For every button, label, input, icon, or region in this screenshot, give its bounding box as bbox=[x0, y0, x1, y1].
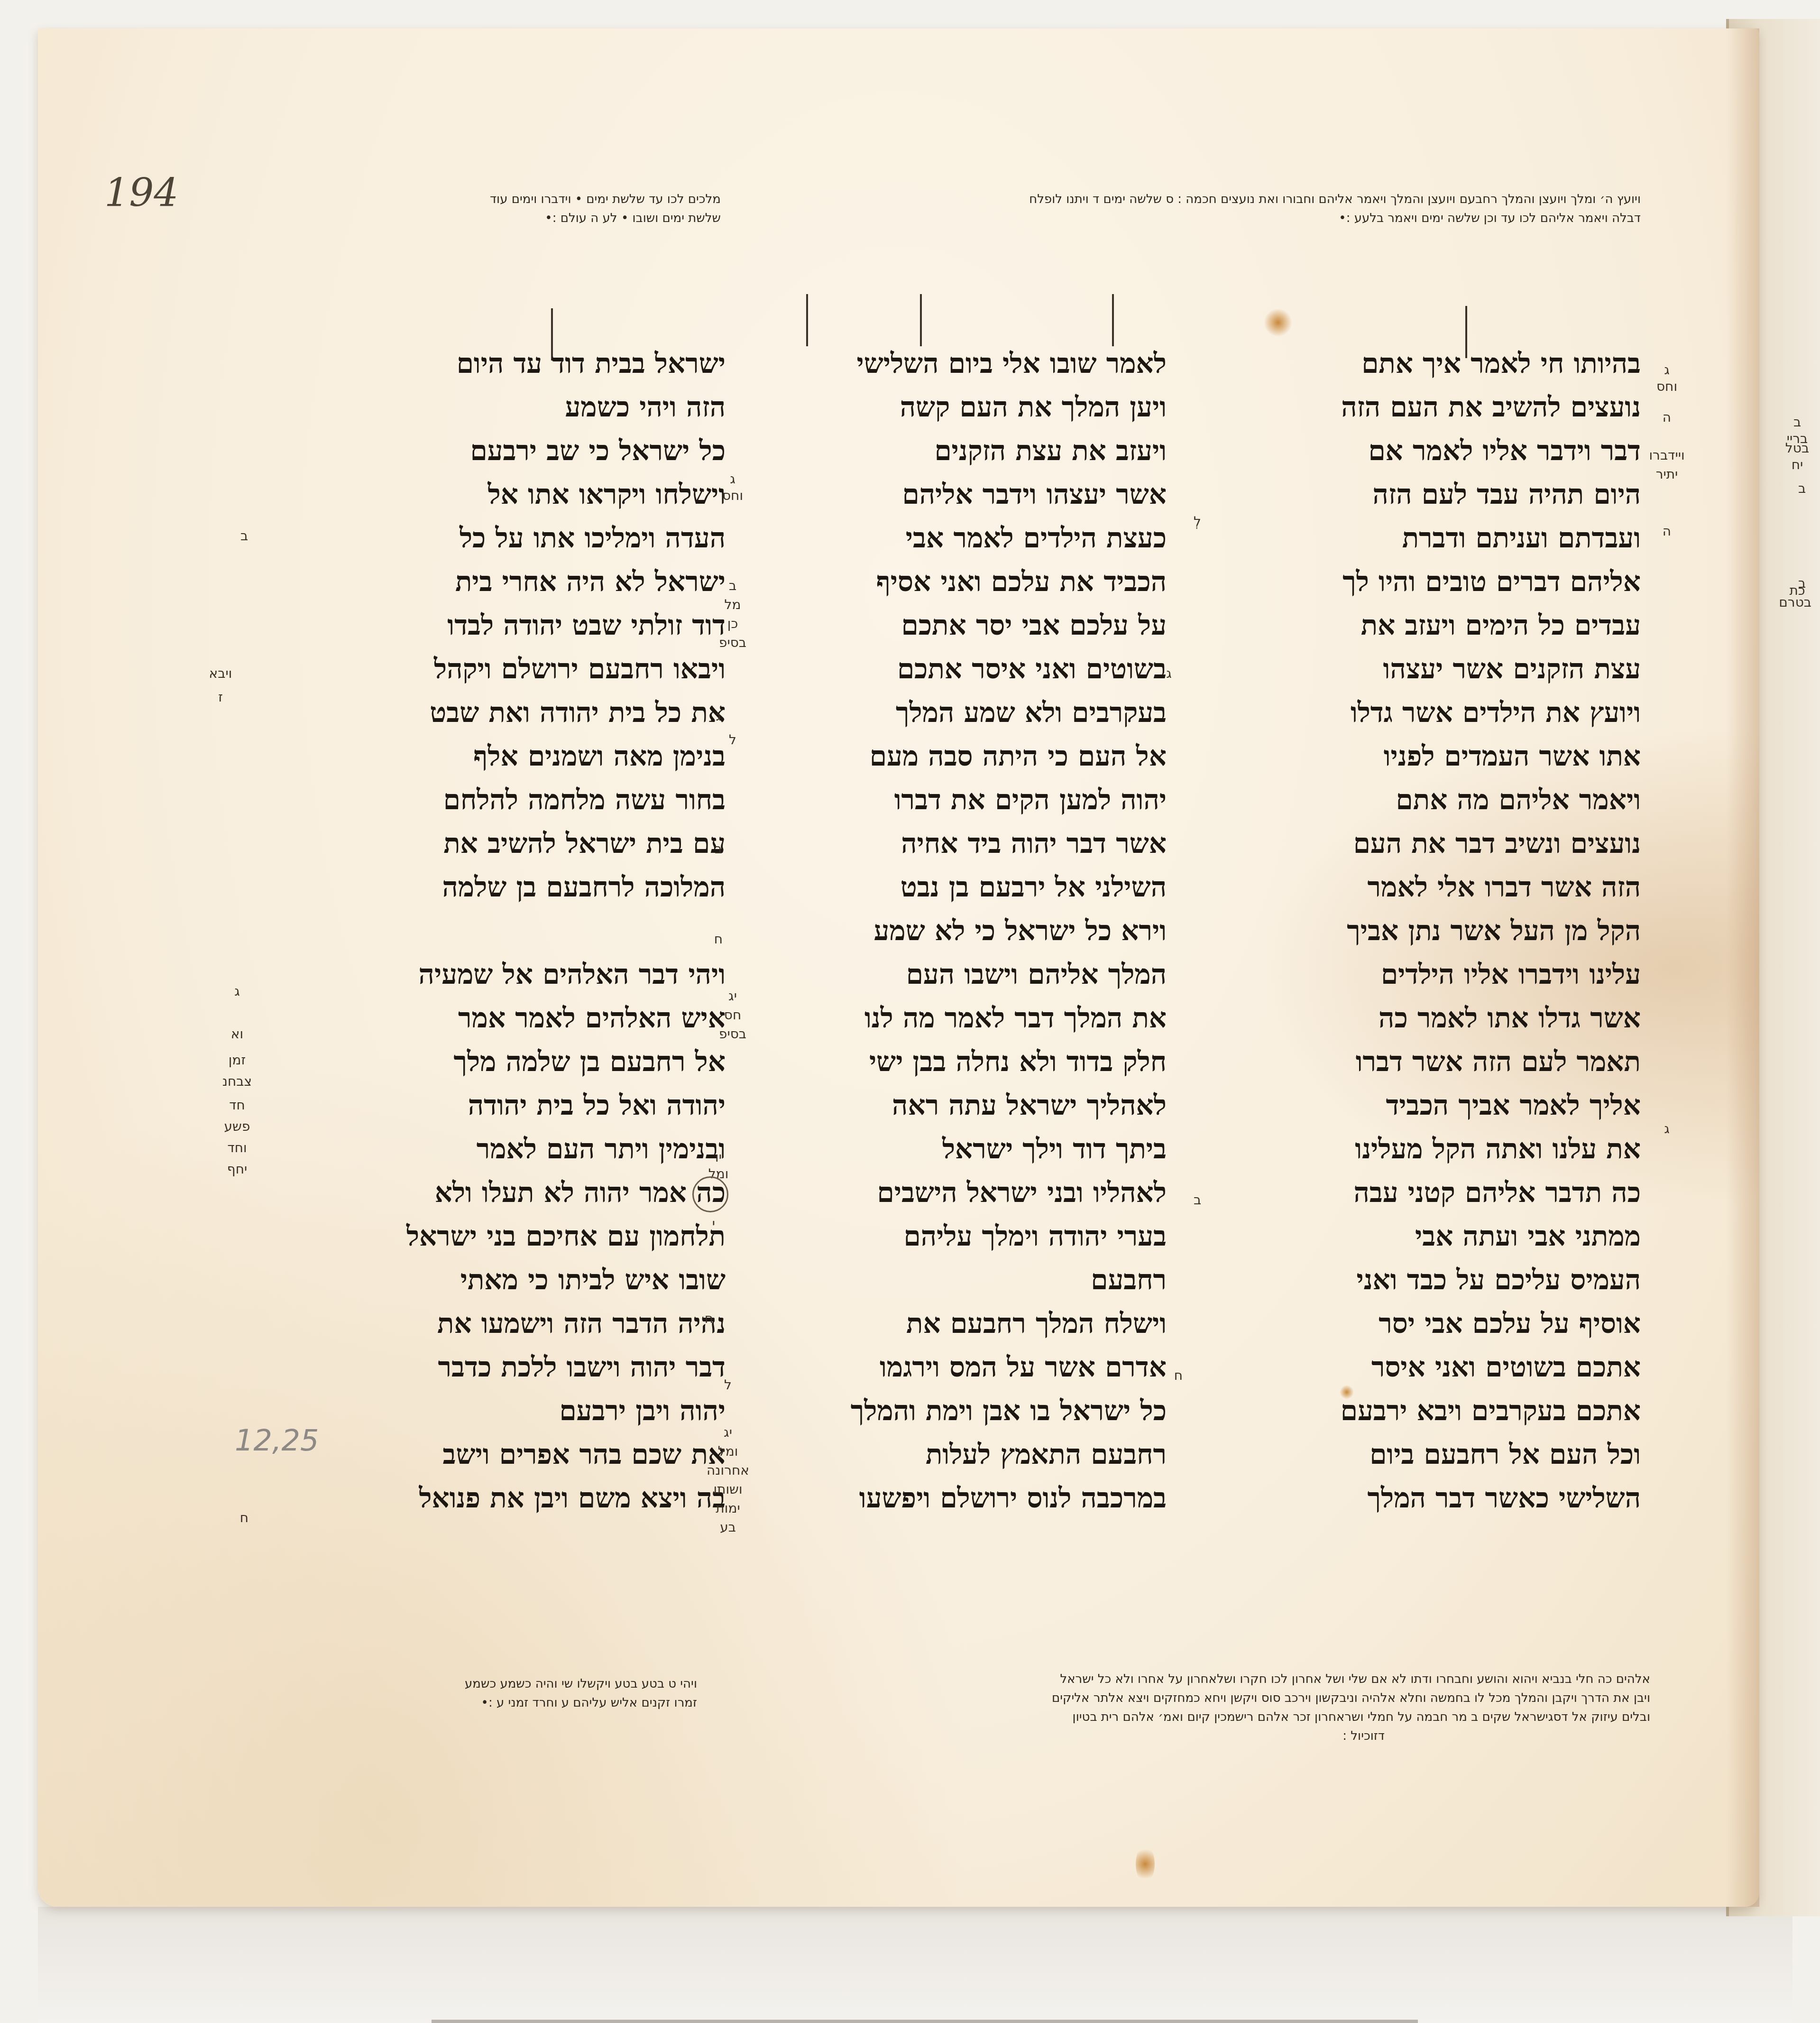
margin-note: יג bbox=[711, 987, 754, 1006]
text-line: אשר דבר יהוה ביד אחיה bbox=[778, 822, 1167, 865]
text-line: בעקרבים ולא שמע המלך bbox=[778, 691, 1167, 734]
text-line: ממתני אבי ועתה אבי bbox=[1242, 1214, 1641, 1258]
text-line: דבר יהוה וישבו ללכת כדבר bbox=[313, 1345, 726, 1389]
margin-note: יתיר bbox=[1645, 465, 1688, 484]
text-line: העמיס עליכם על כבד ואני bbox=[1242, 1258, 1641, 1302]
text-line: חלק בדוד ולא נחלה בבן ישי bbox=[778, 1040, 1167, 1083]
pencil-verse-reference: 12,25 bbox=[235, 1423, 319, 1458]
text-line: אתכם בעקרבים ויבא ירבעם bbox=[1242, 1389, 1641, 1432]
text-line: כה תדבר אליהם קטני עבה bbox=[1242, 1171, 1641, 1214]
margin-note: זמן bbox=[216, 1051, 258, 1070]
text-line: נהיה הדבר הזה וישמעו את bbox=[313, 1302, 726, 1345]
text-line: תאמר לעם הזה אשר דברו bbox=[1242, 1040, 1641, 1083]
margin-note: יו bbox=[697, 1148, 740, 1167]
masorah-line: ויבן את הדרך ויקבן והמלך מכל לו בחמשה וח… bbox=[759, 1689, 1650, 1708]
text-line: את שכם בהר אפרים וישב bbox=[313, 1432, 726, 1476]
ink-stain bbox=[1264, 308, 1292, 337]
text-line: ישראל לא היה אחרי בית bbox=[313, 560, 726, 603]
text-line: ויאמר אליהם מה אתם bbox=[1242, 778, 1641, 822]
text-line: אל רחבעם בן שלמה מלך bbox=[313, 1040, 726, 1083]
margin-note: ה bbox=[1645, 522, 1688, 541]
margin-note: ג bbox=[697, 707, 740, 726]
margin-note: מל bbox=[711, 595, 754, 614]
margin-note: ח bbox=[688, 1309, 730, 1328]
text-line: אדרם אשר על המס וירגמו bbox=[778, 1345, 1167, 1389]
text-line: אתו אשר העמדים לפניו bbox=[1242, 734, 1641, 778]
margin-note: ג bbox=[216, 982, 258, 1001]
text-line: בה ויצא משם ויבן את פנואל bbox=[313, 1476, 726, 1520]
margin-note: ב bbox=[1176, 1191, 1219, 1210]
margin-note: חס bbox=[711, 1006, 754, 1025]
margin-note: בטל bbox=[1783, 439, 1811, 458]
text-line: עלינו וידברו אליו הילדים bbox=[1242, 952, 1641, 996]
text-line: בשוטים ואני איסר אתכם bbox=[778, 647, 1167, 691]
text-line: הזה אשר דברו אלי לאמר bbox=[1242, 865, 1641, 909]
text-line: אשר יעצהו וידבר אליהם bbox=[778, 472, 1167, 516]
masorah-line: דזוכיול : bbox=[759, 1727, 1650, 1746]
margin-note: ויבא bbox=[199, 664, 242, 683]
margin-note: ב bbox=[223, 527, 266, 545]
text-line: אתכם בשוטים ואני איסר bbox=[1242, 1345, 1641, 1389]
margin-note: ג bbox=[1148, 664, 1190, 683]
margin-note: ח bbox=[1157, 1366, 1200, 1385]
margin-note: כן bbox=[711, 614, 754, 633]
text-column-left: ישראל בבית דוד עד היום הזה ויהי כשמע כל … bbox=[313, 342, 726, 1520]
margin-note: חד bbox=[216, 1096, 258, 1115]
text-line: את המלך דבר לאמר מה לנו bbox=[778, 996, 1167, 1040]
margin-note: י bbox=[692, 1214, 735, 1233]
margin-note: לְ bbox=[1176, 512, 1219, 531]
margin-note: צבחנ bbox=[216, 1072, 258, 1091]
text-line: את כל בית יהודה ואת שבט bbox=[313, 691, 726, 734]
margin-note: ושותו bbox=[707, 1480, 749, 1499]
text-line: ויעזב את עצת הזקנים bbox=[778, 429, 1167, 472]
margin-note: וחס bbox=[711, 486, 754, 505]
text-line: הכביד את עלכם ואני אסיף bbox=[778, 560, 1167, 603]
text-line: רחבעם bbox=[778, 1258, 1167, 1302]
margin-note: ג bbox=[1645, 1119, 1688, 1138]
text-line: אשר גדלו אתו לאמר כה bbox=[1242, 996, 1641, 1040]
masorah-line: מלכים לכו עד שלשת ימים • וידברו וימים עו… bbox=[313, 190, 721, 209]
text-line: ישראל בבית דוד עד היום bbox=[313, 342, 726, 385]
folio-number: 194 bbox=[104, 171, 179, 216]
text-line: ויהי דבר האלהים אל שמעיה bbox=[313, 952, 726, 996]
text-line: לאמר שובו אלי ביום השלישי bbox=[778, 342, 1167, 385]
text-line: תלחמון עם אחיכם בני ישראל bbox=[313, 1214, 726, 1258]
margin-note: וא bbox=[216, 1025, 258, 1044]
text-line: את עלנו ואתה הקל מעלינו bbox=[1242, 1127, 1641, 1171]
text-line: הזה ויהי כשמע bbox=[313, 385, 726, 429]
text-line: היום תהיה עבד לעם הזה bbox=[1242, 472, 1641, 516]
text-line: אליך לאמר אביך הכביד bbox=[1242, 1083, 1641, 1127]
margin-note: בטרם bbox=[1783, 593, 1811, 612]
margin-note: ל bbox=[707, 1376, 749, 1395]
text-line: ובנימין ויתר העם לאמר bbox=[313, 1127, 726, 1171]
margin-note: ג bbox=[711, 470, 754, 489]
text-line: השלישי כאשר דבר המלך bbox=[1242, 1476, 1641, 1520]
text-line: דבר וידבר אליו לאמר אם bbox=[1242, 429, 1641, 472]
masorah-line: ויהי ט בטע בטע ויקשלו שי והיה כשמע כשמע bbox=[313, 1674, 697, 1693]
margin-note: יג bbox=[707, 1423, 749, 1442]
margin-note: בסיפ bbox=[711, 1025, 754, 1044]
text-line: נועצים ונשיב דבר את העם bbox=[1242, 822, 1641, 865]
text-line: העדה וימליכו אתו על כל bbox=[313, 516, 726, 560]
margin-note: ב bbox=[1783, 413, 1811, 432]
margin-note: ב bbox=[711, 576, 754, 595]
masorah-line: ובלים עיזוק אל דסגישראל שקים ב מר חבמה ע… bbox=[759, 1708, 1650, 1727]
text-line: כל ישראל בו אבן וימת והמלך bbox=[778, 1389, 1167, 1432]
masorah-line: זמרו זקנים אליש עליהם ע וחרד זמני ע :• bbox=[313, 1693, 697, 1712]
margin-note: ח bbox=[697, 930, 740, 949]
text-line: עם בית ישראל להשיב את bbox=[313, 822, 726, 865]
lamed-ascender bbox=[920, 294, 922, 346]
text-line: ויבאו רחבעם ירושלם ויקהל bbox=[313, 647, 726, 691]
text-line: אל העם כי היתה סבה מעם bbox=[778, 734, 1167, 778]
text-line: השילני אל ירבעם בן נבט bbox=[778, 865, 1167, 909]
text-line: אליהם דברים טובים והיו לך bbox=[1242, 560, 1641, 603]
text-line: המלך אליהם וישבו העם bbox=[778, 952, 1167, 996]
lower-masorah-left: ויהי ט בטע בטע ויקשלו שי והיה כשמע כשמע … bbox=[313, 1674, 697, 1712]
text-line: אוסיף על עלכם אבי יסר bbox=[1242, 1302, 1641, 1345]
text-line: כל ישראל כי שב ירבעם bbox=[313, 429, 726, 472]
text-line: הקל מן העל אשר נתן אביך bbox=[1242, 909, 1641, 952]
text-line: כעצת הילדים לאמר אבי bbox=[778, 516, 1167, 560]
text-line: בנימן מאה ושמנים אלף bbox=[313, 734, 726, 778]
text-line: המלוכה לרחבעם בן שלמה bbox=[313, 865, 726, 909]
text-line: יהודה ואל כל בית יהודה bbox=[313, 1083, 726, 1127]
lamed-ascender bbox=[806, 294, 808, 346]
text-line: דוד זולתי שבט יהודה לבדו bbox=[313, 603, 726, 647]
margin-note: ג bbox=[1645, 360, 1688, 379]
page-edge-wear bbox=[1726, 28, 1759, 1907]
margin-note: יח bbox=[1783, 455, 1811, 474]
ink-stain bbox=[1136, 1845, 1155, 1883]
masorah-line: דבלה ויאמר אליהם לכו עד וכן שלשה ימים וי… bbox=[778, 209, 1641, 228]
margin-note: אחרונה bbox=[707, 1461, 749, 1480]
text-column-right: בהיותו חי לאמר איך אתם נועצים להשיב את ה… bbox=[1242, 342, 1641, 1520]
section-break bbox=[313, 909, 726, 952]
margin-note: פשע bbox=[216, 1117, 258, 1136]
text-line: רחבעם התאמץ לעלות bbox=[778, 1432, 1167, 1476]
text-line: עצת הזקנים אשר יעצהו bbox=[1242, 647, 1641, 691]
text-line: וישלח המלך רחבעם את bbox=[778, 1302, 1167, 1345]
text-line: בחור עשה מלחמה להלחם bbox=[313, 778, 726, 822]
margin-note: ה bbox=[1645, 408, 1688, 427]
text-line: וישלחו ויקראו אתו אל bbox=[313, 472, 726, 516]
text-line: במרכבה לנוס ירושלם ויפשעו bbox=[778, 1476, 1167, 1520]
margin-note: ל bbox=[711, 730, 754, 749]
text-line: ביתך דוד וילך ישראל bbox=[778, 1127, 1167, 1171]
margin-note: ב bbox=[697, 840, 740, 859]
text-line: יהוה ויבן ירבעם bbox=[313, 1389, 726, 1432]
text-line: יהוה למען הקים את דברו bbox=[778, 778, 1167, 822]
masorah-line: שלשת ימים ושובו • לע ה עולם :• bbox=[313, 209, 721, 228]
text-line: לאהליו ובני ישראל הישבים bbox=[778, 1171, 1167, 1214]
margin-note: ב bbox=[1788, 479, 1816, 498]
margin-note: וחס bbox=[1645, 377, 1688, 396]
margin-note: ויידברו bbox=[1645, 446, 1688, 465]
masorah-line: ויועץ ה׳ ומלך ויועצן והמלך רחבעם ויועצן … bbox=[778, 190, 1641, 209]
upper-masorah-right: ויועץ ה׳ ומלך ויועצן והמלך רחבעם ויועצן … bbox=[778, 190, 1641, 228]
text-line: איש האלהים לאמר אמר bbox=[313, 996, 726, 1040]
text-line: על עלכם אבי יסר אתכם bbox=[778, 603, 1167, 647]
scan-bottom-strip bbox=[432, 2020, 1418, 2023]
margin-note: ומל bbox=[707, 1442, 749, 1461]
text-line: וכל העם אל רחבעם ביום bbox=[1242, 1432, 1641, 1476]
scan-backdrop bbox=[38, 1907, 1792, 2023]
text-line: ויען המלך את העם קשה bbox=[778, 385, 1167, 429]
margin-note: יחף bbox=[216, 1160, 258, 1179]
circle-mark-icon bbox=[692, 1176, 728, 1212]
lower-masorah-right: אלהים כה חלי בנביא ויהוא והושע וחבחרו וד… bbox=[759, 1670, 1650, 1746]
text-line: לאהליך ישראל עתה ראה bbox=[778, 1083, 1167, 1127]
margin-note: ז bbox=[199, 688, 242, 707]
lamed-ascender bbox=[1112, 294, 1114, 346]
text-line: בערי יהודה וימלך עליהם bbox=[778, 1214, 1167, 1258]
text-line: עבדים כל הימים ויעזב את bbox=[1242, 603, 1641, 647]
text-line: כה אמר יהוה לא תעלו ולא bbox=[313, 1171, 726, 1214]
upper-masorah-left: מלכים לכו עד שלשת ימים • וידברו וימים עו… bbox=[313, 190, 721, 228]
margin-note: בע bbox=[707, 1518, 749, 1537]
text-line: ועבדתם ועניתם ודברת bbox=[1242, 516, 1641, 560]
margin-note: ימות bbox=[707, 1499, 749, 1518]
text-line: שובו איש לביתו כי מאתי bbox=[313, 1258, 726, 1302]
text-column-middle: לאמר שובו אלי ביום השלישי ויען המלך את ה… bbox=[778, 342, 1167, 1520]
text-line: ויועץ את הילדים אשר גדלו bbox=[1242, 691, 1641, 734]
masorah-line: אלהים כה חלי בנביא ויהוא והושע וחבחרו וד… bbox=[759, 1670, 1650, 1689]
text-line: וירא כל ישראל כי לא שמע bbox=[778, 909, 1167, 952]
text-line: בהיותו חי לאמר איך אתם bbox=[1242, 342, 1641, 385]
margin-note: וחד bbox=[216, 1138, 258, 1157]
margin-note: בסיפ bbox=[711, 633, 754, 652]
margin-note: ח bbox=[223, 1508, 266, 1527]
text-line: נועצים להשיב את העם הזה bbox=[1242, 385, 1641, 429]
